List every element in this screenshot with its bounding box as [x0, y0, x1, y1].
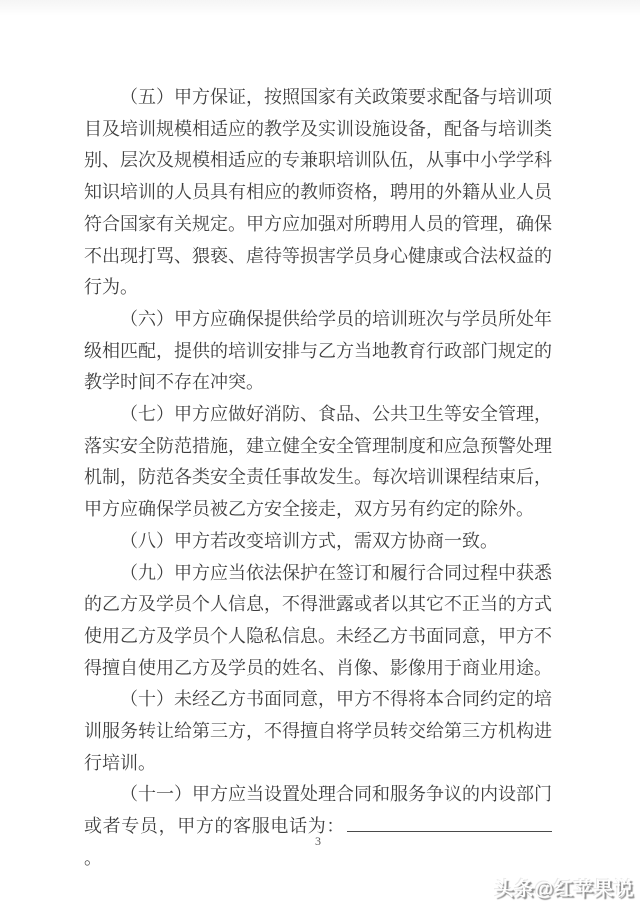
clause-11: （十一）甲方应当设置处理合同和服务争议的内设部门或者专员，甲方的客服电话为：。: [84, 779, 552, 874]
clause-11-tail: 。: [84, 848, 102, 868]
clause-9: （九）甲方应当依法保护在签订和履行合同过程中获悉的乙方及学员个人信息，不得泄露或…: [84, 558, 552, 685]
contract-body: （五）甲方保证，按照国家有关政策要求配备与培训项目及培训规模相适应的教学及实训设…: [84, 82, 552, 875]
clause-6: （六）甲方应确保提供给学员的培训班次与学员所处年级相匹配，提供的培训安排与乙方当…: [84, 304, 552, 399]
document-page: （五）甲方保证，按照国家有关政策要求配备与培训项目及培训规模相适应的教学及实训设…: [0, 0, 640, 905]
clause-8: （八）甲方若改变培训方式，需双方协商一致。: [84, 526, 552, 558]
clause-5: （五）甲方保证，按照国家有关政策要求配备与培训项目及培训规模相适应的教学及实训设…: [84, 82, 552, 304]
page-number: 3: [84, 834, 552, 849]
clause-7: （七）甲方应做好消防、食品、公共卫生等安全管理，落实安全防范措施，建立健全安全管…: [84, 399, 552, 526]
customer-service-phone-blank: [347, 813, 552, 832]
clause-10: （十）未经乙方书面同意，甲方不得将本合同约定的培训服务转让给第三方，不得擅自将学…: [84, 684, 552, 779]
toutiao-watermark: 头条@红苹果说: [494, 874, 634, 901]
